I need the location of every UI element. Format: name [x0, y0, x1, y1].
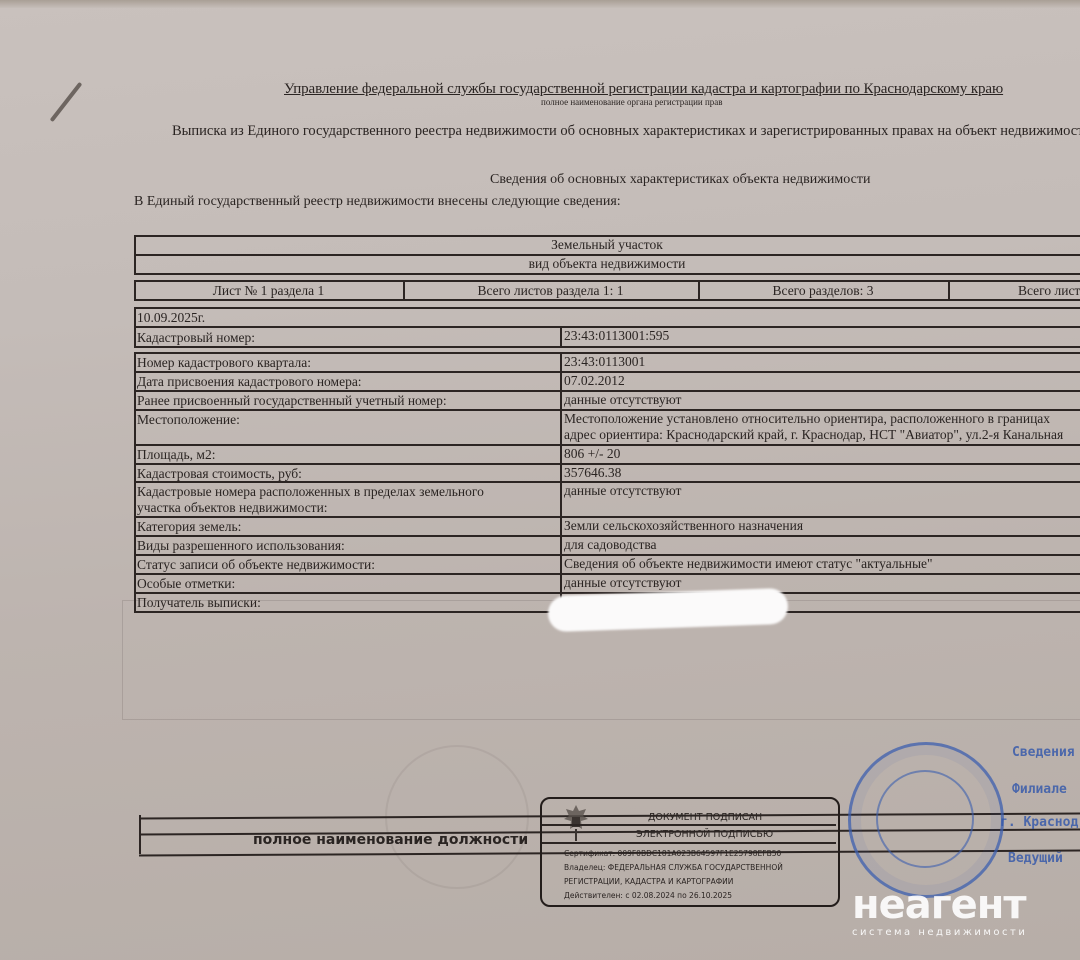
signature-owner-2: РЕГИСТРАЦИИ, КАДАСТРА И КАРТОГРАФИИ [564, 877, 733, 886]
row-value: 07.02.2012 [564, 373, 625, 389]
watermark: неагент система недвижимости [852, 885, 1027, 938]
row-label: Ранее присвоенный государственный учетны… [137, 393, 447, 409]
row-value: 806 +/- 20 [564, 446, 620, 462]
paper-top-edge [0, 0, 1080, 8]
row-label: Получатель выписки: [137, 595, 261, 611]
row-value: данные отсутствуют [564, 575, 681, 591]
sheets-total: Всего листов выписки [1018, 283, 1080, 299]
sheet-number: Лист № 1 раздела 1 [134, 283, 403, 299]
row-label: Виды разрешенного использования: [137, 538, 345, 554]
row-value: данные отсутствуют [564, 483, 681, 499]
signature-title-2: ЭЛЕКТРОННОЙ ПОДПИСЬЮ [636, 829, 773, 840]
signature-certificate: Сертификат: 009F0BDC181A023B64597F1E2579… [564, 849, 781, 858]
official-stamp [848, 742, 1004, 898]
agency-caption: полное наименование органа регистрации п… [541, 97, 723, 107]
row-value: Сведения об объекте недвижимости имеют с… [564, 556, 933, 572]
object-type: Земельный участок [134, 237, 1080, 253]
row-value: Местоположение установлено относительно … [564, 411, 1050, 427]
table-border [134, 352, 136, 613]
row-value: данные отсутствуют [564, 392, 681, 408]
signature-owner-1: Владелец: ФЕДЕРАЛЬНАЯ СЛУЖБА ГОСУДАРСТВЕ… [564, 863, 783, 872]
row-label: Кадастровая стоимость, руб: [137, 466, 302, 482]
section-title: Сведения об основных характеристиках объ… [490, 172, 870, 188]
row-value: для садоводства [564, 537, 657, 553]
row-label: Местоположение: [137, 412, 240, 428]
pen-mark [50, 82, 83, 122]
stamp-line-2: Филиале [1012, 782, 1067, 797]
cadastral-number-value: 23:43:0113001:595 [564, 328, 669, 344]
row-label: Дата присвоения кадастрового номера: [137, 374, 362, 390]
agency-name: Управление федеральной службы государств… [284, 81, 1003, 98]
position-caption: полное наименование должности [253, 832, 528, 848]
row-label: Площадь, м2: [137, 447, 215, 463]
watermark-logo: неагент [852, 885, 1027, 925]
row-label: Кадастровые номера расположенных в преде… [137, 484, 484, 500]
row-label: Статус записи об объекте недвижимости: [137, 557, 375, 573]
signature-title-1: ДОКУМЕНТ ПОДПИСАН [648, 812, 762, 823]
row-label: Номер кадастрового квартала: [137, 355, 311, 371]
row-label: Особые отметки: [137, 576, 235, 592]
sheets-in-section: Всего листов раздела 1: 1 [403, 283, 698, 299]
row-value: Земли сельскохозяйственного назначения [564, 518, 803, 534]
signature-validity: Действителен: с 02.08.2024 по 26.10.2025 [564, 891, 732, 900]
cadastral-number-label: Кадастровый номер: [137, 330, 255, 346]
intro-text: В Единый государственный реестр недвижим… [134, 194, 621, 210]
coat-of-arms-icon [562, 803, 590, 843]
stamp-line-3: г. Краснод [1000, 815, 1078, 830]
sections-total: Всего разделов: 3 [698, 283, 948, 299]
watermark-tagline: система недвижимости [852, 927, 1027, 938]
row-value-cont: адрес ориентира: Краснодарский край, г. … [564, 427, 1063, 443]
stamp-line-1: Сведения [1012, 745, 1075, 760]
extract-title: Выписка из Единого государственного реес… [172, 123, 1080, 140]
row-label-cont: участка объектов недвижимости: [137, 500, 328, 516]
row-label: Категория земель: [137, 519, 241, 535]
stamp-line-4: Ведущий [1008, 851, 1063, 866]
row-value: 23:43:0113001 [564, 354, 645, 370]
object-type-caption: вид объекта недвижимости [134, 256, 1080, 272]
table-divider [560, 352, 562, 613]
extract-date: 10.09.2025г. [137, 310, 205, 326]
row-value: 357646.38 [564, 465, 621, 481]
